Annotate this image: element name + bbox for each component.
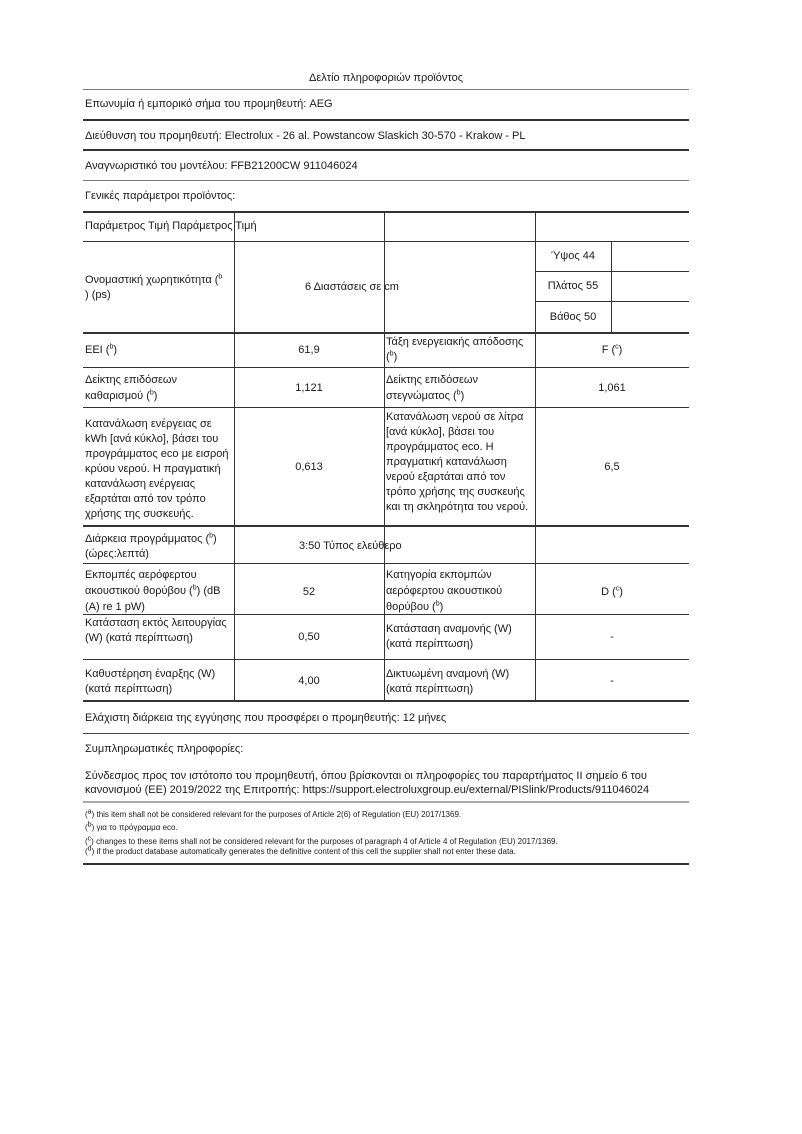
supplier-link-line1: Σύνδεσμος προς τον ιστότοπο του προμηθευ… (85, 770, 647, 782)
divider (83, 89, 689, 90)
delay-start-value: 4,00 (234, 674, 384, 689)
energy-class-label: Τάξη ενεργειακής απόδοσης (b) (386, 335, 534, 365)
additional-info-heading: Συμπληρωματικές πληροφορίες: (85, 743, 243, 755)
eei-label: EEI (b) (85, 343, 117, 358)
table-header: Παράμετρος Τιμή Παράμετρος Τιμή (85, 219, 257, 234)
energy-consumption-value: 0,613 (234, 460, 384, 475)
dimension-depth: Βάθος 50 (535, 310, 611, 325)
footnote-a: (a) this item shall not be considered re… (85, 810, 558, 820)
water-consumption-label: Κατανάλωση νερού σε λίτρα [ανά κύκλο], β… (386, 410, 534, 515)
divider (83, 119, 689, 121)
warranty-duration: Ελάχιστη διάρκεια της εγγύησης που προσφ… (85, 712, 446, 724)
general-parameters-heading: Γενικές παράμετροι προϊόντος: (85, 190, 235, 202)
standby-mode-label: Κατάσταση αναμονής (W) (κατά περίπτωση) (386, 622, 534, 652)
divider (83, 149, 689, 151)
off-mode-label: Κατάσταση εκτός λειτουργίας (W) (κατά πε… (85, 616, 233, 646)
divider (83, 863, 689, 865)
eei-value: 61,9 (234, 343, 384, 358)
supplier-name: Επωνυμία ή εμπορικό σήμα του προμηθευτή:… (85, 98, 333, 110)
noise-emissions-label: Εκπομπές αερόφερτου ακουστικού θορύβου (… (85, 567, 233, 615)
footnotes: (a) this item shall not be considered re… (85, 810, 558, 857)
divider (83, 180, 689, 181)
supplier-link-line2[interactable]: κανονισμού (ΕΕ) 2019/2022 της Επιτροπής:… (85, 784, 649, 796)
cleaning-index-label: Δείκτης επιδόσεων καθαρισμού (b) (85, 372, 233, 404)
networked-standby-value: - (535, 674, 689, 689)
energy-class-value: F (c) (535, 343, 689, 358)
dimension-height: Ύψος 44 (535, 249, 611, 264)
model-identifier: Αναγνωριστικό του μοντέλου: FFB21200CW 9… (85, 160, 358, 172)
programme-duration-label: Διάρκεια προγράμματος (b) (ώρες:λεπτά) (85, 532, 233, 562)
dimension-width: Πλάτος 55 (535, 279, 611, 294)
delay-start-label: Καθυστέρηση έναρξης (W) (κατά περίπτωση) (85, 667, 233, 697)
off-mode-value: 0,50 (234, 630, 384, 645)
footnote-b: (b) για το πρόγραμμα eco. (85, 823, 558, 833)
capacity-value: 6 Διαστάσεις σε cm (305, 280, 399, 295)
divider (83, 801, 689, 803)
noise-class-value: D (c) (535, 585, 689, 600)
document-title: Δελτίο πληροφοριών προϊόντος (83, 72, 689, 84)
water-consumption-value: 6,5 (535, 460, 689, 475)
drying-index-label: Δείκτης επιδόσεων στεγνώματος (b) (386, 372, 516, 404)
divider (83, 733, 689, 734)
capacity-label: Ονομαστική χωρητικότητα (b) (ps) (85, 273, 233, 303)
standby-mode-value: - (535, 630, 689, 645)
drying-index-value: 1,061 (535, 381, 689, 396)
networked-standby-label: Δικτυωμένη αναμονή (W) (κατά περίπτωση) (386, 667, 534, 697)
noise-emissions-value: 52 (234, 585, 384, 600)
programme-duration-value: 3:50 Τύπος ελεύθερο (299, 539, 402, 554)
supplier-address: Διεύθυνση του προμηθευτή: Electrolux - 2… (85, 130, 526, 142)
noise-class-label: Κατηγορία εκπομπών αερόφερτου ακουστικού… (386, 567, 534, 615)
energy-consumption-label: Κατανάλωση ενέργειας σε kWh [ανά κύκλο],… (85, 417, 233, 522)
footnote-d: (d) if the product database automaticall… (85, 847, 558, 857)
cleaning-index-value: 1,121 (234, 381, 384, 396)
footnote-c: (c) changes to these items shall not be … (85, 837, 558, 847)
